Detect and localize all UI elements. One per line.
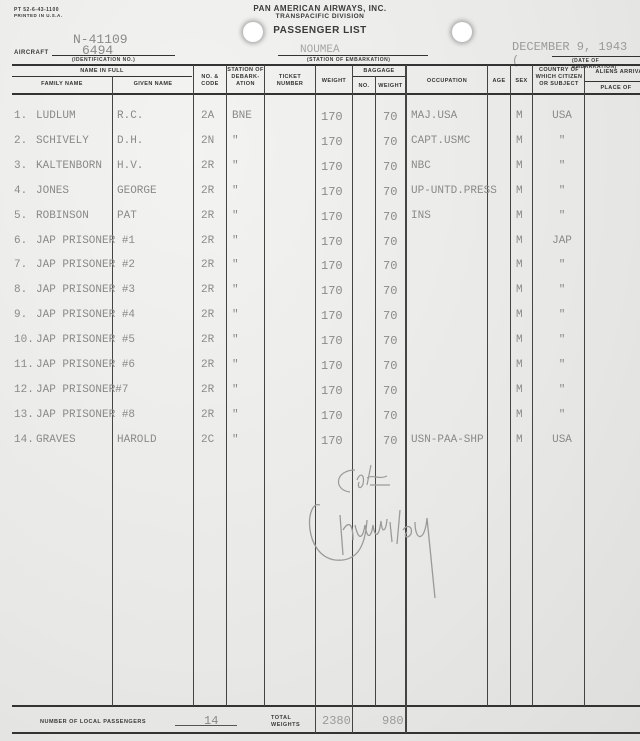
header-baggage-weight: WEIGHT xyxy=(376,83,405,90)
cell-sex: M xyxy=(516,210,523,222)
cell-sex: M xyxy=(516,160,523,172)
name-header-divider xyxy=(12,76,192,77)
cell-family: GRAVES xyxy=(36,434,76,446)
cell-family: JAP PRISONER #5 xyxy=(36,334,135,346)
cell-country: " xyxy=(547,210,577,222)
col-divider xyxy=(510,65,511,706)
cell-station: " xyxy=(232,409,239,421)
cell-occupation: INS xyxy=(411,210,431,222)
cell-sex: M xyxy=(516,135,523,147)
cell-weight: 170 xyxy=(321,409,343,423)
aliens-header-divider xyxy=(585,81,640,82)
cell-sex: M xyxy=(516,359,523,371)
cell-weight: 170 xyxy=(321,259,343,273)
cell-num: 1. xyxy=(14,110,27,122)
cell-station: " xyxy=(232,259,239,271)
cell-occupation: NBC xyxy=(411,160,431,172)
cell-sex: M xyxy=(516,185,523,197)
table-top-rule xyxy=(12,64,640,66)
cell-bag-weight: 70 xyxy=(383,409,397,423)
cell-family: JAP PRISONER #2 xyxy=(36,259,135,271)
cell-code: 2R xyxy=(201,309,214,321)
cell-sex: M xyxy=(516,284,523,296)
cell-num: 10. xyxy=(14,334,34,346)
cell-station: " xyxy=(232,210,239,222)
cell-sex: M xyxy=(516,409,523,421)
cell-country: USA xyxy=(547,434,577,446)
cell-weight: 170 xyxy=(321,334,343,348)
cell-weight: 170 xyxy=(321,185,343,199)
cell-country: " xyxy=(547,384,577,396)
cell-num: 3. xyxy=(14,160,27,172)
cell-bag-weight: 70 xyxy=(383,110,397,124)
date-underline xyxy=(552,56,640,57)
cell-country: " xyxy=(547,185,577,197)
cell-sex: M xyxy=(516,235,523,247)
header-sex: SEX xyxy=(511,78,532,85)
cell-bag-weight: 70 xyxy=(383,309,397,323)
cell-code: 2C xyxy=(201,434,214,446)
cell-family: JONES xyxy=(36,185,69,197)
cell-given: D.H. xyxy=(117,135,143,147)
cell-weight: 170 xyxy=(321,110,343,124)
footer-bottom-rule xyxy=(12,732,640,734)
cell-family: JAP PRISONER #4 xyxy=(36,309,135,321)
header-occupation: OCCUPATION xyxy=(407,78,487,85)
cell-station: BNE xyxy=(232,110,252,122)
col-divider xyxy=(315,65,316,733)
cell-bag-weight: 70 xyxy=(383,160,397,174)
cell-num: 14. xyxy=(14,434,34,446)
cell-weight: 170 xyxy=(321,434,343,448)
header-baggage-no: NO. xyxy=(353,83,375,90)
cell-num: 11. xyxy=(14,359,34,371)
cell-num: 9. xyxy=(14,309,27,321)
cell-sex: M xyxy=(516,334,523,346)
cell-given: HAROLD xyxy=(117,434,157,446)
header-place-of: PLACE OF xyxy=(586,85,640,92)
cell-weight: 170 xyxy=(321,235,343,249)
cell-country: " xyxy=(547,160,577,172)
header-no-code: NO. & CODE xyxy=(194,74,226,88)
cell-sex: M xyxy=(516,110,523,122)
company-name: PAN AMERICAN AIRWAYS, INC. xyxy=(0,4,640,13)
local-passengers-label: NUMBER OF LOCAL PASSENGERS xyxy=(40,719,146,725)
cell-code: 2R xyxy=(201,284,214,296)
cell-code: 2R xyxy=(201,185,214,197)
cell-family: JAP PRISONER #6 xyxy=(36,359,135,371)
col-divider xyxy=(375,76,376,706)
aircraft-underline xyxy=(52,55,175,56)
cell-code: 2N xyxy=(201,135,214,147)
cell-country: " xyxy=(547,259,577,271)
col-divider xyxy=(193,65,194,706)
cell-family: JAP PRISONER #8 xyxy=(36,409,135,421)
cell-bag-weight: 70 xyxy=(383,185,397,199)
header-name-in-full: NAME IN FULL xyxy=(12,68,192,75)
cell-given: R.C. xyxy=(117,110,143,122)
aircraft-label: AIRCRAFT xyxy=(14,50,49,56)
cell-code: 2R xyxy=(201,334,214,346)
cell-weight: 170 xyxy=(321,135,343,149)
station-underline xyxy=(278,55,428,56)
cell-station: " xyxy=(232,309,239,321)
cell-num: 5. xyxy=(14,210,27,222)
cell-weight: 170 xyxy=(321,359,343,373)
cell-given: GEORGE xyxy=(117,185,157,197)
cell-code: 2R xyxy=(201,210,214,222)
cell-code: 2R xyxy=(201,235,214,247)
cell-bag-weight: 70 xyxy=(383,235,397,249)
cell-country: " xyxy=(547,334,577,346)
cell-family: JAP PRISONER #3 xyxy=(36,284,135,296)
cell-family: JAP PRISONER #1 xyxy=(36,235,135,247)
total-baggage-weight-value: 980 xyxy=(382,714,404,728)
cell-code: 2R xyxy=(201,409,214,421)
col-divider xyxy=(226,65,227,706)
cell-bag-weight: 70 xyxy=(383,334,397,348)
cell-family: KALTENBORN xyxy=(36,160,102,172)
cell-occupation: CAPT.USMC xyxy=(411,135,470,147)
cell-family: LUDLUM xyxy=(36,110,76,122)
cell-sex: M xyxy=(516,434,523,446)
col-divider xyxy=(352,65,353,733)
cell-occupation: UP-UNTD.PRESS xyxy=(411,185,497,197)
cell-weight: 170 xyxy=(321,384,343,398)
cell-num: 6. xyxy=(14,235,27,247)
cell-bag-weight: 70 xyxy=(383,210,397,224)
cell-bag-weight: 70 xyxy=(383,259,397,273)
cell-bag-weight: 70 xyxy=(383,284,397,298)
cell-bag-weight: 70 xyxy=(383,434,397,448)
cell-bag-weight: 70 xyxy=(383,359,397,373)
header-bottom-rule xyxy=(12,93,640,95)
cell-given: H.V. xyxy=(117,160,143,172)
header-country: COUNTRY OF WHICH CITIZEN OR SUBJECT xyxy=(534,67,584,88)
cell-num: 7. xyxy=(14,259,27,271)
header-weight: WEIGHT xyxy=(316,78,352,85)
station-caption: (STATION OF EMBARKATION) xyxy=(307,57,390,63)
cell-code: 2R xyxy=(201,259,214,271)
cell-station: " xyxy=(232,284,239,296)
cell-occupation: MAJ.USA xyxy=(411,110,457,122)
cell-family: JAP PRISONER#7 xyxy=(36,384,128,396)
aircraft-caption: (IDENTIFICATION NO.) xyxy=(72,57,135,63)
cell-occupation: USN-PAA-SHP xyxy=(411,434,484,446)
table-bottom-rule xyxy=(12,705,640,707)
col-divider xyxy=(532,65,533,706)
cell-station: " xyxy=(232,384,239,396)
col-divider xyxy=(405,65,407,733)
cell-family: ROBINSON xyxy=(36,210,89,222)
total-weight-value: 2380 xyxy=(322,714,351,728)
col-divider xyxy=(264,65,265,706)
header-station-debarkation: STATION OF DEBARK-ATION xyxy=(227,67,264,88)
cell-country: " xyxy=(547,359,577,371)
cell-country: " xyxy=(547,284,577,296)
cell-country: JAP xyxy=(547,235,577,247)
header-aliens-arrival: ALIENS ARRIVAL xyxy=(586,69,640,76)
cell-station: " xyxy=(232,434,239,446)
cell-num: 13. xyxy=(14,409,34,421)
cell-code: 2A xyxy=(201,110,214,122)
passenger-list-document: PT 52-6-43-1100 PRINTED IN U.S.A. PAN AM… xyxy=(0,0,640,741)
cell-country: " xyxy=(547,409,577,421)
cell-weight: 170 xyxy=(321,160,343,174)
cell-code: 2R xyxy=(201,160,214,172)
header-ticket-number: TICKET NUMBER xyxy=(265,74,315,88)
division-name: TRANSPACIFIC DIVISION xyxy=(0,13,640,20)
cell-weight: 170 xyxy=(321,210,343,224)
cell-code: 2R xyxy=(201,359,214,371)
cell-weight: 170 xyxy=(321,284,343,298)
header-given-name: GIVEN NAME xyxy=(113,81,193,88)
cell-country: USA xyxy=(547,110,577,122)
cell-station: " xyxy=(232,235,239,247)
cell-country: " xyxy=(547,309,577,321)
cell-station: " xyxy=(232,334,239,346)
cell-station: " xyxy=(232,185,239,197)
total-weights-label: TOTAL WEIGHTS xyxy=(271,715,311,729)
cell-family: SCHIVELY xyxy=(36,135,89,147)
col-divider xyxy=(584,65,585,706)
header-family-name: FAMILY NAME xyxy=(12,81,112,88)
cell-station: " xyxy=(232,135,239,147)
cell-num: 2. xyxy=(14,135,27,147)
cell-station: " xyxy=(232,359,239,371)
header-age: AGE xyxy=(488,78,510,85)
cell-sex: M xyxy=(516,384,523,396)
local-passengers-value: 14 xyxy=(204,714,218,728)
cell-num: 8. xyxy=(14,284,27,296)
cell-station: " xyxy=(232,160,239,172)
cell-country: " xyxy=(547,135,577,147)
cell-code: 2R xyxy=(201,384,214,396)
signature-mark xyxy=(295,460,495,610)
header-baggage: BAGGAGE xyxy=(353,68,405,75)
cell-sex: M xyxy=(516,259,523,271)
cell-weight: 170 xyxy=(321,309,343,323)
baggage-header-divider xyxy=(352,76,405,77)
cell-given: PAT xyxy=(117,210,137,222)
cell-num: 4. xyxy=(14,185,27,197)
cell-num: 12. xyxy=(14,384,34,396)
cell-bag-weight: 70 xyxy=(383,135,397,149)
cell-sex: M xyxy=(516,309,523,321)
cell-bag-weight: 70 xyxy=(383,384,397,398)
